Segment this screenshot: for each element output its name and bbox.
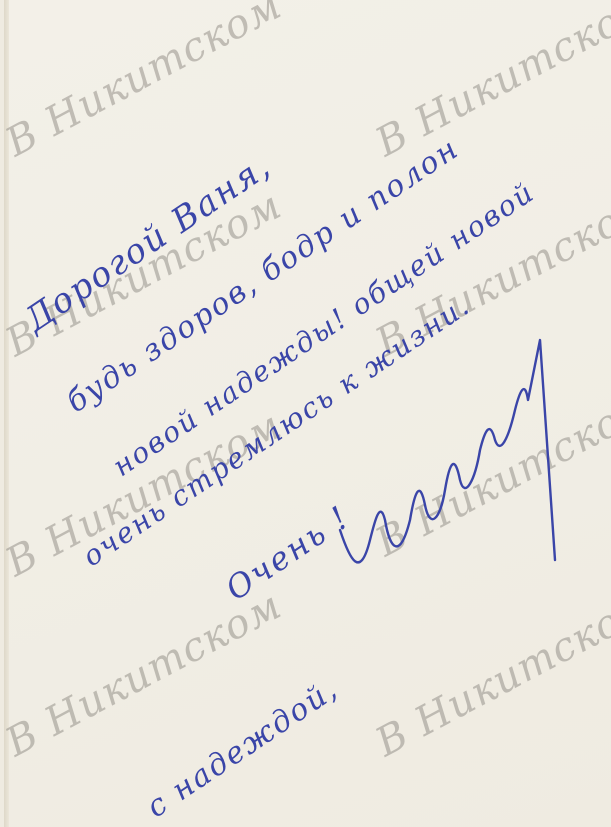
signature (330, 320, 570, 600)
